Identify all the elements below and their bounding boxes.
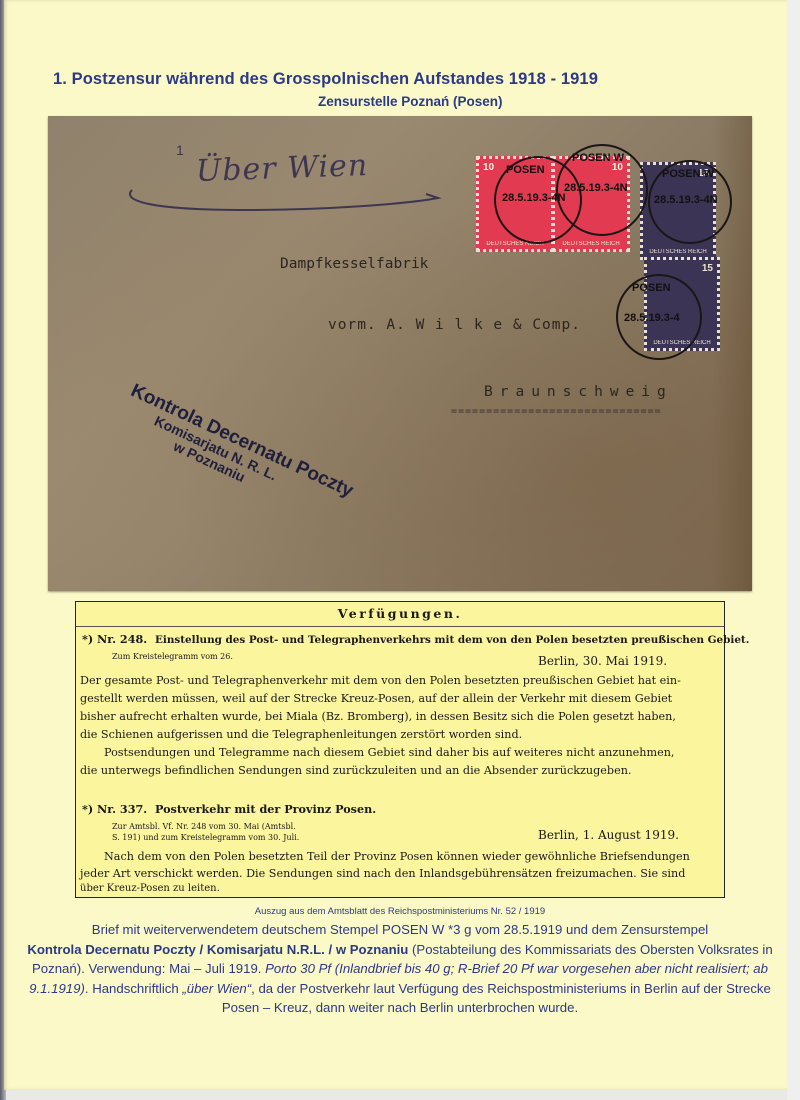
handwriting-mark: 1 xyxy=(176,142,184,158)
order-337-date: Berlin, 1. August 1919. xyxy=(538,828,679,842)
postmark-posen-w-1: POSEN W 28.5.19.3-4N xyxy=(556,144,648,236)
order-337-reference-1: Zur Amtsbl. Vf. Nr. 248 vom 30. Mai (Amt… xyxy=(112,822,296,831)
address-line-1: Dampfkesselfabrik xyxy=(280,256,428,272)
envelope-cover: 1 Über Wien Dampfkesselfabrik vorm. A. W… xyxy=(48,116,752,591)
censor-stamp-line-2: Komisarjatu N. R. L. xyxy=(121,399,347,515)
censor-stamp-name: Kontrola Decernatu Poczty / Komisarjatu … xyxy=(27,942,408,957)
excerpt-divider xyxy=(76,626,724,627)
page-title: 1. Postzensur während des Grosspolnische… xyxy=(53,70,598,89)
order-337-line-1: Nach dem von den Polen besetzten Teil de… xyxy=(104,850,690,863)
page-right-edge xyxy=(787,0,800,1100)
address-line-2: vorm. A. W i l k e & Comp. xyxy=(328,317,581,333)
censor-stamp: Kontrola Decernatu Poczty Komisarjatu N.… xyxy=(115,381,356,528)
order-248-title: *) Nr. 248. Einstellung des Post- und Te… xyxy=(82,632,749,646)
order-248-line-4: die Schienen aufgerissen und die Telegra… xyxy=(80,728,522,741)
handwriting-underline-icon xyxy=(126,186,442,216)
page-subtitle: Zensurstelle Poznań (Posen) xyxy=(318,94,503,109)
order-337-reference-2: S. 191) und zum Kreistelegramm vom 30. J… xyxy=(112,833,299,842)
address-line-3: Braunschweig xyxy=(484,384,673,400)
order-337-line-3: über Kreuz-Posen zu leiten. xyxy=(80,883,220,894)
description-text: Brief mit weiterverwendetem deutschem St… xyxy=(20,920,780,1018)
order-248-line-2: gestellt werden müssen, weil auf der Str… xyxy=(80,692,672,705)
order-248-reference: Zum Kreistelegramm vom 26. xyxy=(112,652,233,661)
order-337-title: *) Nr. 337. Postverkehr mit der Provinz … xyxy=(82,802,376,816)
order-248-line-6: die unterwegs befindlichen Sendungen sin… xyxy=(80,764,631,777)
postmark-posen-w-2: POSEN W 28.5.19.3-4N xyxy=(648,160,732,244)
excerpt-heading: Verfügungen. xyxy=(76,606,724,621)
amtsblatt-excerpt: Verfügungen. *) Nr. 248. Einstellung des… xyxy=(75,601,725,898)
handwritten-routing-note: Über Wien xyxy=(195,148,368,189)
address-underline: ============================== xyxy=(451,406,662,417)
order-248-line-5: Postsendungen und Telegramme nach diesem… xyxy=(104,746,674,759)
order-337-line-2: jeder Art verschickt werden. Die Sendung… xyxy=(80,867,685,880)
order-248-line-3: bisher aufrecht erhalten wurde, bei Mial… xyxy=(80,710,676,723)
order-248-date: Berlin, 30. Mai 1919. xyxy=(538,654,667,668)
order-248-line-1: Der gesamte Post- und Telegraphenverkehr… xyxy=(80,674,681,687)
postmark-posen-2: POSEN 28.5.19.3-4 xyxy=(616,274,702,360)
excerpt-source: Auszug aus dem Amtsblatt des Reichspostm… xyxy=(0,906,800,917)
